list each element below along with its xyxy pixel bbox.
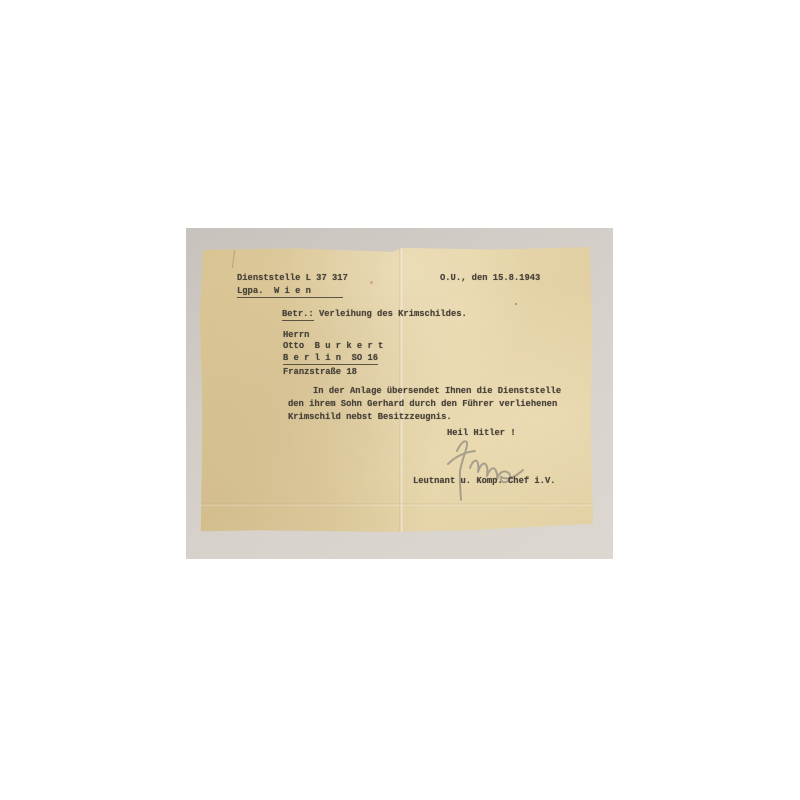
subject-label: Betr.: bbox=[282, 309, 314, 321]
letter-paper: Dienststelle L 37 317 Lgpa. W i e n O.U.… bbox=[200, 247, 593, 532]
sender-line-2-text: Lgpa. W i e n bbox=[237, 286, 343, 298]
recipient-city-text: B e r l i n SO 16 bbox=[283, 353, 378, 365]
signer-title-line: Leutnant u. Komp. Chef i.V. bbox=[413, 476, 556, 487]
paper-scratch-mark bbox=[232, 250, 235, 268]
body-line-2: den ihrem Sohn Gerhard durch den Führer … bbox=[288, 399, 557, 410]
place-date-line: O.U., den 15.8.1943 bbox=[440, 273, 540, 284]
subject-text: Verleihung des Krimschildes. bbox=[314, 309, 467, 319]
handwritten-signature bbox=[440, 437, 540, 505]
sender-line-1: Dienststelle L 37 317 bbox=[237, 273, 348, 284]
page: Dienststelle L 37 317 Lgpa. W i e n O.U.… bbox=[0, 0, 800, 800]
body-line-3: Krimschild nebst Besitzzeugnis. bbox=[288, 412, 452, 423]
body-line-1: In der Anlage übersendet Ihnen die Diens… bbox=[313, 386, 561, 397]
paper-speck bbox=[370, 281, 373, 284]
recipient-salutation: Herrn bbox=[283, 330, 309, 341]
subject-line: Betr.: Verleihung des Krimschildes. bbox=[282, 309, 467, 320]
paper-speck bbox=[515, 303, 517, 305]
recipient-street: Franzstraße 18 bbox=[283, 367, 357, 378]
sender-line-2: Lgpa. W i e n bbox=[237, 286, 343, 297]
recipient-name: Otto B u r k e r t bbox=[283, 341, 383, 352]
photo-of-document: Dienststelle L 37 317 Lgpa. W i e n O.U.… bbox=[186, 228, 613, 559]
recipient-city: B e r l i n SO 16 bbox=[283, 353, 378, 364]
